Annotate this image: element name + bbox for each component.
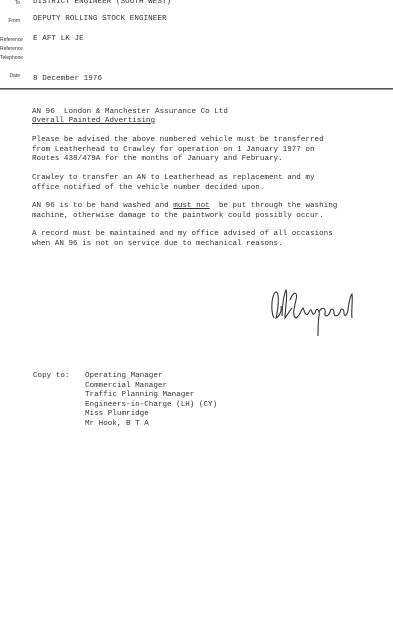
text-segment: be put through the washing — [210, 202, 338, 210]
recipient: Mr Hook, B T A — [85, 420, 149, 430]
date-value: 8 December 1976 — [33, 75, 102, 83]
header-divider — [0, 88, 393, 90]
paragraph-line: Please be advised the above numbered veh… — [32, 136, 324, 145]
from-value: DEPUTY ROLLING STOCK ENGINEER — [33, 15, 167, 23]
reference-label: Reference — [0, 37, 20, 43]
date-label: Date — [0, 73, 20, 79]
paragraph-line: from Leatherhead to Crawley for operatio… — [32, 146, 315, 155]
paragraph-line: machine, otherwise damage to the paintwo… — [32, 212, 324, 221]
paragraph-line: A record must be maintained and my offic… — [32, 230, 333, 239]
your-reference-label: Reference — [0, 46, 20, 52]
emphasis-must-not: must not — [173, 202, 209, 210]
subject-title: Overall Painted Advertising — [32, 117, 155, 126]
copy-to-label: Copy to: — [33, 372, 69, 380]
paragraph-line: Crawley to transfer an AN to Leatherhead… — [32, 174, 315, 183]
paragraph-line: office notified of the vehicle number de… — [32, 184, 264, 193]
to-value: DISTRICT ENGINEER (SOUTH WEST) — [33, 0, 171, 6]
signature-image — [268, 280, 358, 340]
telephone-label: Telephone — [0, 55, 20, 61]
recipient: Traffic Planning Manager — [85, 391, 194, 401]
to-label: To — [0, 0, 20, 6]
paragraph-line: when AN 96 is not on service due to mech… — [32, 240, 283, 249]
paragraph-line: Routes 438/479A for the months of Januar… — [32, 155, 283, 164]
paragraph-line: AN 96 is to be hand washed and must not … — [32, 202, 337, 211]
text-segment: AN 96 is to be hand washed and — [32, 202, 173, 210]
subject-line: AN 96 London & Manchester Assurance Co L… — [32, 108, 228, 117]
recipient: Commercial Manager — [85, 382, 167, 392]
recipient: Miss Plumridge — [85, 410, 149, 420]
recipient: Engineers-in-Charge (LH) (CY) — [85, 401, 217, 411]
reference-value: E AFT LK JE — [33, 35, 84, 43]
recipient: Operating Manager — [85, 372, 162, 382]
from-label: From — [0, 18, 20, 24]
